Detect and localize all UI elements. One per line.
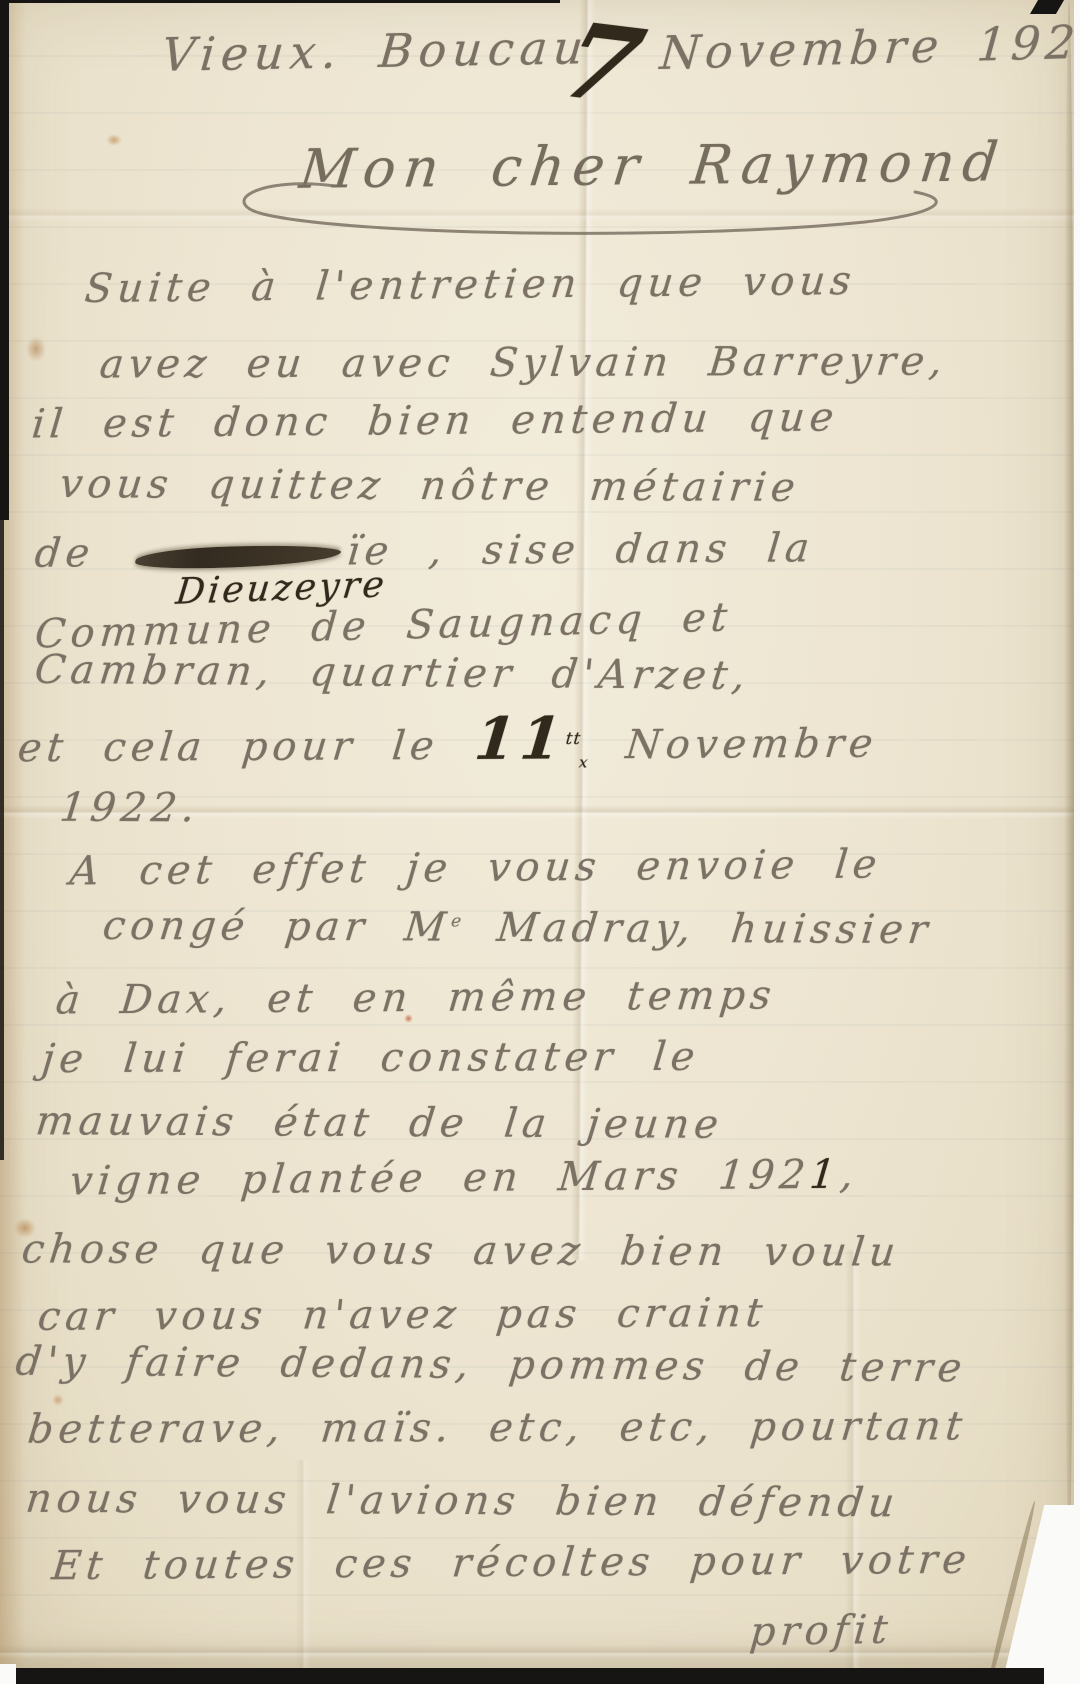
handwriting-line: Cambran, quartier d'Arzet, (32, 647, 752, 699)
letter-date-month-year: Novembre 1921 (658, 14, 1080, 80)
foxing-spot (26, 336, 46, 362)
handwriting-segment: congé par M (100, 903, 453, 951)
handwriting-segment: chose que vous avez bien voulu (20, 1226, 903, 1275)
handwriting-segment: tt (565, 728, 582, 748)
handwriting-segment: Et toutes ces récoltes pour votre (50, 1537, 974, 1589)
handwriting-segment: mauvais état de la jeune (33, 1098, 725, 1148)
handwriting-line: Et toutes ces récoltes pour votre (50, 1537, 974, 1589)
handwriting-line: betterave, maïs. etc, etc, pourtant (26, 1403, 969, 1452)
handwriting-segment: nous vous l'avions bien défendu (23, 1476, 901, 1527)
salutation-flourish-underline (215, 150, 985, 250)
foxing-spot (52, 1394, 64, 1406)
handwriting-segment: vous quittez nôtre métairie (57, 461, 802, 511)
handwriting-line: à Dax, et en même temps (54, 972, 778, 1023)
handwriting-line: il est donc bien entendu que (30, 394, 841, 447)
handwriting-segment: 1922. (58, 785, 203, 831)
handwriting-line: je lui ferai constater le (40, 1034, 702, 1082)
handwriting-segment: betterave, maïs. etc, etc, pourtant (26, 1403, 969, 1452)
handwriting-line: chose que vous avez bien voulu (20, 1226, 903, 1275)
handwriting-segment: avez eu avec Sylvain Barreyre, (98, 339, 950, 388)
handwriting-line: mauvais état de la jeune (33, 1098, 725, 1148)
handwriting-segment: d'y faire dedans, pommes de terre (13, 1339, 969, 1392)
letter-date-day: 7 (548, 0, 656, 128)
handwriting-line: car vous n'avez pas craint (36, 1290, 770, 1340)
scan-background-bottom-left (0, 1664, 16, 1684)
handwriting-segment: Cambran, quartier d'Arzet, (32, 647, 752, 699)
handwriting-line: de ïe , sise dans la (33, 525, 816, 576)
scan-edge-left-thin (0, 520, 4, 1160)
letter-place: Vieux. Boucau (160, 20, 592, 82)
foxing-spot (106, 134, 122, 146)
interline-correction: Dieuzeyre (174, 564, 389, 613)
handwriting-segment: de (33, 530, 133, 577)
handwriting-segment: , (838, 1152, 860, 1198)
handwriting-line: et cela pour le 11ttx Novembre (16, 720, 881, 775)
fold-crease-horizontal-lower (0, 1645, 1074, 1659)
handwriting-line: d'y faire dedans, pommes de terre (13, 1339, 969, 1392)
handwriting-line: 1922. (58, 785, 203, 831)
handwriting-line: profit (748, 1607, 894, 1656)
handwriting-segment: car vous n'avez pas craint (36, 1290, 770, 1340)
handwriting-line: Suite à l'entretien que vous (83, 258, 858, 312)
handwriting-segment: à Dax, et en même temps (54, 972, 778, 1023)
handwriting-segment: vigne plantée en Mars 192 (68, 1152, 812, 1204)
handwriting-segment: A cet effet je vous envoie le (68, 841, 884, 894)
scan-background-right (1074, 0, 1080, 1684)
scan-edge-top (0, 0, 560, 3)
handwriting-line: nous vous l'avions bien défendu (23, 1476, 901, 1527)
handwriting-line: A cet effet je vous envoie le (68, 841, 884, 894)
handwriting-segment: Madray, huissier (459, 905, 935, 953)
scan-edge-left (0, 0, 9, 520)
handwriting-line: avez eu avec Sylvain Barreyre, (98, 339, 950, 388)
handwriting-segment: profit (748, 1607, 894, 1656)
handwriting-segment: , sise dans la (391, 525, 816, 574)
scanned-letter-page: Vieux. Boucau 7 Novembre 1921 Mon cher R… (0, 0, 1080, 1684)
handwriting-line: vous quittez nôtre métairie (57, 461, 802, 511)
handwriting-line: congé par Me Madray, huissier (100, 903, 934, 953)
handwriting-segment: et cela pour le (16, 723, 477, 771)
handwriting-segment: 11 (472, 704, 570, 773)
letter-paper: Vieux. Boucau 7 Novembre 1921 Mon cher R… (0, 0, 1074, 1668)
handwriting-segment: Suite à l'entretien que vous (83, 258, 858, 312)
handwriting-line: vigne plantée en Mars 1921, (68, 1152, 861, 1205)
scan-edge-bottom (16, 1668, 1044, 1684)
handwriting-segment: Novembre (588, 721, 880, 769)
handwriting-segment: je lui ferai constater le (40, 1034, 702, 1082)
handwriting-segment: il est donc bien entendu que (30, 394, 841, 447)
